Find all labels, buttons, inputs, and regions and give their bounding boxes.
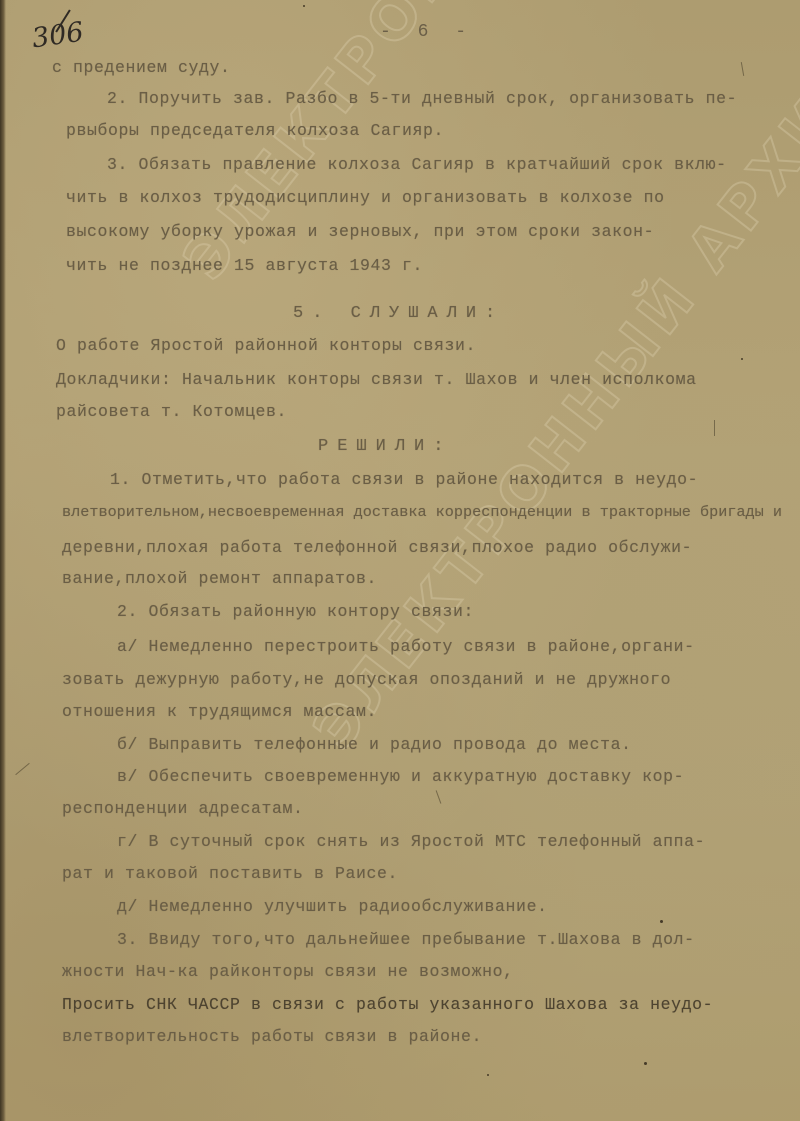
text-line: деревни,плохая работа телефонной связи,п… [62, 538, 692, 557]
page-number: - 6 - [380, 22, 474, 42]
paper-scratch [741, 62, 744, 76]
text-line: чить не позднее 15 августа 1943 г. [66, 256, 423, 275]
text-line: райсовета т. Котомцев. [56, 402, 287, 421]
handwritten-folio-number: 306 [30, 17, 85, 55]
text-line: 3. Ввиду того,что дальнейшее пребывание … [117, 930, 695, 949]
text-line: респонденции адресатам. [62, 799, 304, 818]
text-line: зовать дежурную работу,не допуская опозд… [62, 670, 671, 689]
text-line: отношения к трудящимся массам. [62, 702, 377, 721]
section-heading-heard: 5. СЛУШАЛИ: [293, 304, 504, 323]
text-line: в/ Обеспечить своевременную и аккуратную… [117, 767, 684, 786]
paper-speck [644, 1062, 647, 1065]
text-line: а/ Немедленно перестроить работу связи в… [117, 637, 695, 656]
text-line: 3. Обязать правление колхоза Сагияр в кр… [107, 155, 727, 174]
text-line: 2. Поручить зав. Разбо в 5-ти дневный ср… [107, 89, 737, 108]
text-line: О работе Яростой районной конторы связи. [56, 336, 476, 355]
paper-speck [741, 358, 743, 360]
text-line: б/ Выправить телефонные и радио провода … [117, 735, 632, 754]
paper-speck [487, 1074, 489, 1076]
text-line: высокому уборку урожая и зерновых, при э… [66, 222, 654, 241]
text-line: с предением суду. [52, 58, 231, 77]
paper-speck [660, 920, 663, 923]
page-edge-shadow [0, 0, 6, 1121]
section-heading-resolved: РЕШИЛИ: [318, 437, 452, 456]
text-line: 2. Обязать районную контору связи: [117, 602, 474, 621]
archival-document-page: ЭЛЕКТРОННЫЙ АРХИВ ЭЛЕКТРОННЫЙ АРХИВ 306 … [0, 0, 800, 1121]
text-line: влетворительность работы связи в районе. [62, 1027, 482, 1046]
text-line: Докладчики: Начальник конторы связи т. Ш… [56, 370, 697, 389]
text-line: 1. Отметить,что работа связи в районе на… [110, 470, 698, 489]
text-line: влетворительном,несвоевременная доставка… [62, 503, 782, 521]
text-line: рат и таковой поставить в Раисе. [62, 864, 398, 883]
paper-scratch [436, 790, 442, 803]
text-line: чить в колхоз трудодисциплину и организо… [66, 188, 665, 207]
text-line: Просить СНК ЧАССР в связи с работы указа… [62, 995, 713, 1014]
text-line: д/ Немедленно улучшить радиообслуживание… [117, 897, 548, 916]
paper-scratch [714, 420, 715, 436]
text-line: жности Нач-ка райконторы связи не возмож… [62, 962, 514, 981]
text-line: г/ В суточный срок снять из Яростой МТС … [117, 832, 705, 851]
archive-watermark: ЭЛЕКТРОННЫЙ АРХИВ [170, 0, 667, 292]
text-line: рвыборы председателя колхоза Сагияр. [66, 121, 444, 140]
paper-scratch [15, 763, 29, 775]
text-line: вание,плохой ремонт аппаратов. [62, 569, 377, 588]
paper-speck [303, 5, 305, 7]
